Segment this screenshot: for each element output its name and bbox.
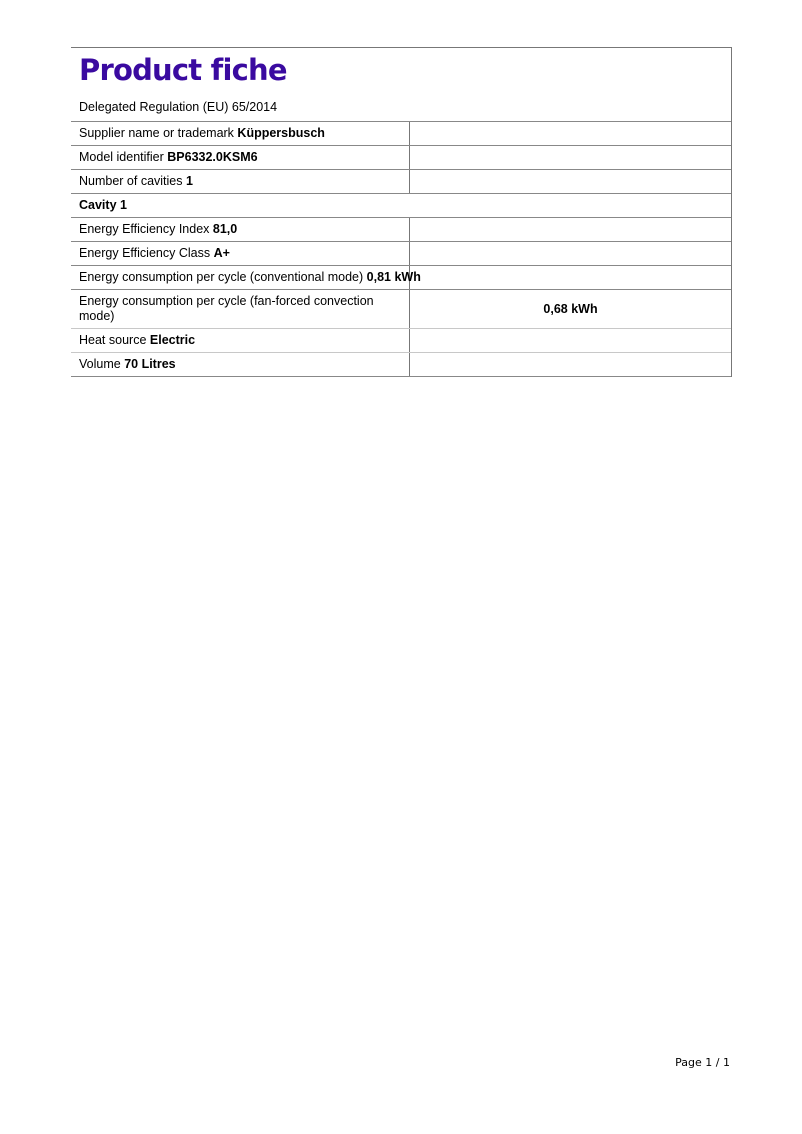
- row-right-value: [410, 170, 731, 193]
- product-fiche-sheet: Product fiche Delegated Regulation (EU) …: [71, 47, 732, 377]
- row-right-value: [410, 266, 731, 289]
- row-label: Energy consumption per cycle (fan-forced…: [79, 294, 374, 323]
- row-value: 70 Litres: [124, 357, 175, 371]
- page-title: Product fiche: [79, 48, 723, 88]
- row-label: Energy Efficiency Class: [79, 246, 210, 260]
- table-row-fan-consumption: Energy consumption per cycle (fan-forced…: [71, 290, 731, 329]
- table-row-eei: Energy Efficiency Index 81,0: [71, 218, 731, 242]
- row-label: Model identifier: [79, 150, 164, 164]
- fiche-header: Product fiche Delegated Regulation (EU) …: [71, 48, 731, 122]
- table-row-energy-class: Energy Efficiency Class A+: [71, 242, 731, 266]
- row-right-value: [410, 122, 731, 145]
- row-label: Heat source: [79, 333, 146, 347]
- table-row-volume: Volume 70 Litres: [71, 353, 731, 377]
- row-right-value: [410, 242, 731, 265]
- row-value: Küppersbusch: [237, 126, 325, 140]
- row-value: 81,0: [213, 222, 237, 236]
- row-value: 0,81 kWh: [367, 270, 421, 284]
- row-right-value: 0,68 kWh: [410, 290, 731, 328]
- table-row-model: Model identifier BP6332.0KSM6: [71, 146, 731, 170]
- row-label: Volume: [79, 357, 121, 371]
- cavity-heading: Cavity 1: [79, 198, 127, 212]
- row-value: Electric: [150, 333, 195, 347]
- table-row-cavities: Number of cavities 1: [71, 170, 731, 194]
- row-value: 1: [186, 174, 193, 188]
- page-number: Page 1 / 1: [675, 1056, 730, 1069]
- row-right-value: [410, 146, 731, 169]
- row-label: Supplier name or trademark: [79, 126, 234, 140]
- row-value: A+: [214, 246, 230, 260]
- row-right-value: [410, 218, 731, 241]
- row-label: Energy consumption per cycle (convention…: [79, 270, 363, 284]
- table-row-conventional-consumption: Energy consumption per cycle (convention…: [71, 266, 731, 290]
- regulation-reference: Delegated Regulation (EU) 65/2014: [79, 100, 723, 114]
- row-right-value: [410, 353, 731, 376]
- table-row-heat-source: Heat source Electric: [71, 329, 731, 353]
- row-value: BP6332.0KSM6: [167, 150, 257, 164]
- table-row-cavity-heading: Cavity 1: [71, 194, 731, 218]
- row-label: Energy Efficiency Index: [79, 222, 209, 236]
- row-right-value: [410, 329, 731, 352]
- row-label: Number of cavities: [79, 174, 183, 188]
- table-row-supplier: Supplier name or trademark Küppersbusch: [71, 122, 731, 146]
